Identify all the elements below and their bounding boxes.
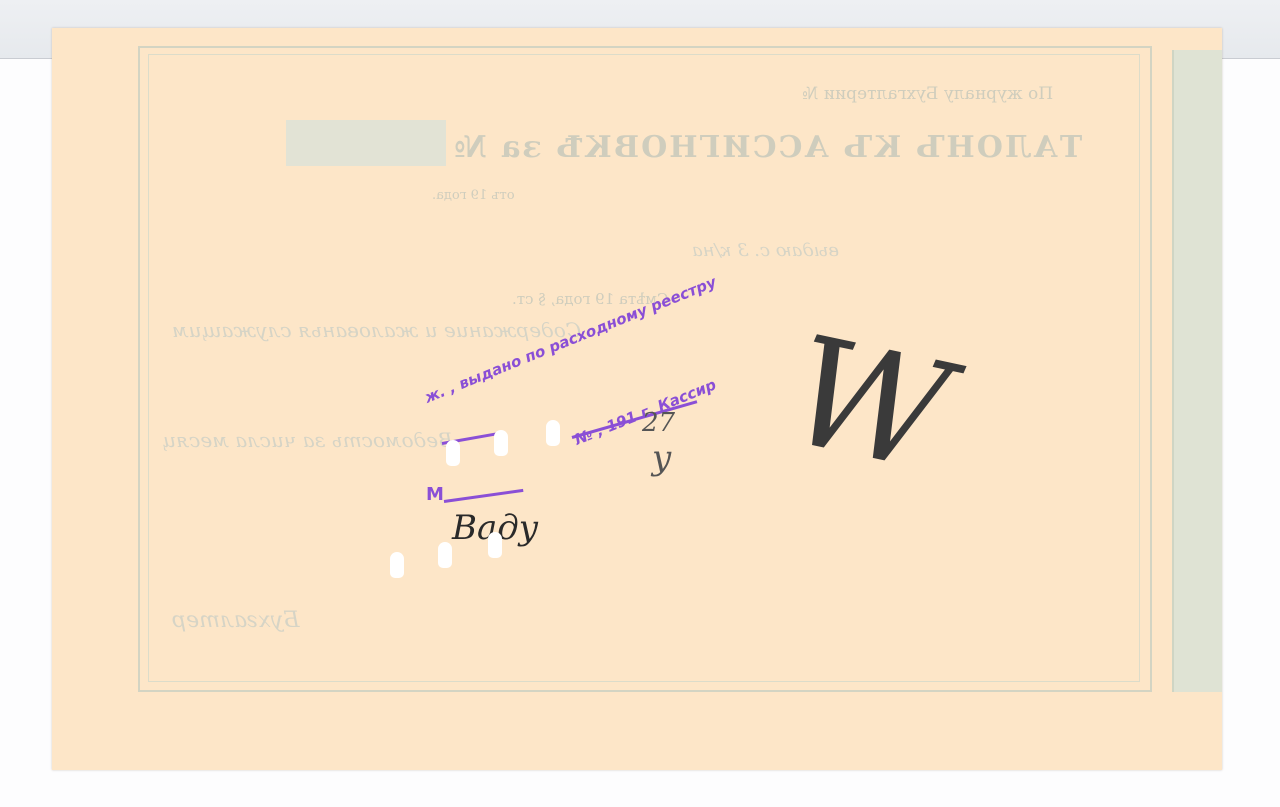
perforation-hole bbox=[494, 430, 508, 456]
document-sheet: По журналу Бухгалтерии № ТАЛОНЪ КЪ АССИГ… bbox=[52, 28, 1222, 770]
perforation-hole bbox=[546, 420, 560, 446]
perforation-hole bbox=[390, 552, 404, 578]
stub-strip bbox=[1172, 50, 1222, 692]
number-field-box bbox=[286, 120, 446, 166]
handwritten-month: y bbox=[652, 438, 671, 478]
faint-handwriting-1: Содержание и жалованья служащим bbox=[172, 318, 581, 342]
stamp-letter-m: M bbox=[426, 484, 444, 505]
title-bleed: ТАЛОНЪ КЪ АССИГНОВКѢ за № bbox=[452, 130, 1082, 165]
faint-handwriting-4: Бухгалтер bbox=[172, 608, 300, 633]
journal-line-bleed: По журналу Бухгалтерии № bbox=[802, 84, 1053, 104]
perforation-hole bbox=[446, 440, 460, 466]
faint-handwriting-2: выдаю с. 3 к/на bbox=[692, 240, 839, 261]
date-line-bleed: отъ 19 года. bbox=[432, 188, 515, 203]
faint-handwriting-3: Ведомость за числа месяц bbox=[162, 428, 453, 452]
perforation-hole bbox=[488, 532, 502, 558]
handwritten-day: 27 bbox=[642, 408, 675, 438]
perforation-hole bbox=[438, 542, 452, 568]
